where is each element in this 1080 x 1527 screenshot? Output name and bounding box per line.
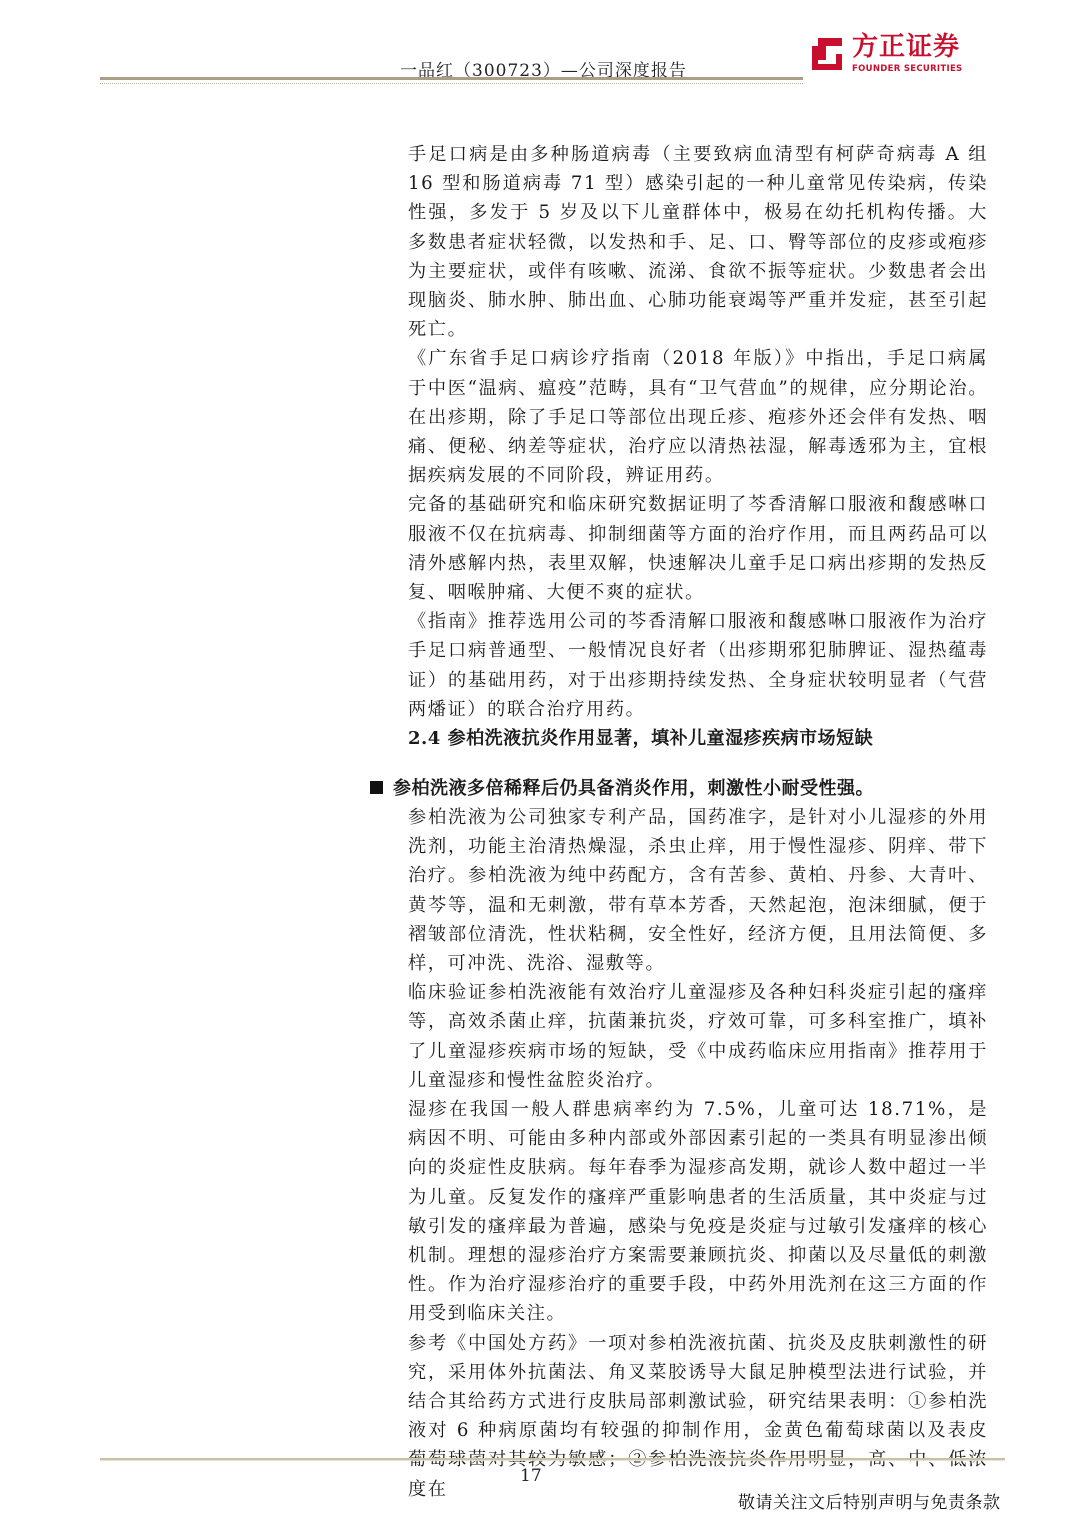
paragraph-eczema-prevalence: 湿疹在我国一般人群患病率约为 7.5%，儿童可达 18.71%，是病因不明、可能… <box>408 1095 988 1329</box>
paragraph-product-intro: 参柏洗液为公司独家专利产品，国药准字，是针对小儿湿疹的外用洗剂，功能主治清热燥湿… <box>408 803 988 978</box>
footer-divider <box>100 1458 1005 1460</box>
body-text-section: 参柏洗液为公司独家专利产品，国药准字，是针对小儿湿疹的外用洗剂，功能主治清热燥湿… <box>408 803 988 1504</box>
paragraph-guangdong-guideline: 《广东省手足口病诊疗指南（2018 年版）》中指出，手足口病属于中医“温病、瘟疫… <box>408 344 988 490</box>
bullet-heading: 参柏洗液多倍稀释后仍具备消炎作用，刺激性小耐受性强。 <box>370 774 874 800</box>
paragraph-research-evidence: 完备的基础研究和临床研究数据证明了芩香清解口服液和馥感啉口服液不仅在抗病毒、抑制… <box>408 490 988 607</box>
paragraph-guideline-recommendation: 《指南》推荐选用公司的芩香清解口服液和馥感啉口服液作为治疗手足口病普通型、一般情… <box>408 607 988 724</box>
square-bullet-icon <box>370 781 383 794</box>
founder-logo-icon <box>808 34 846 72</box>
header-dotted-divider <box>100 83 803 84</box>
section-heading-2-4: 2.4 参柏洗液抗炎作用显著，填补儿童湿疹疾病市场短缺 <box>408 724 873 750</box>
logo-english-name: FOUNDER SECURITIES <box>852 64 962 74</box>
logo-chinese-name: 方正证券 <box>852 32 960 62</box>
disclaimer-notice: 敬请关注文后特别声明与免责条款 <box>738 1488 1001 1513</box>
page-number: 17 <box>520 1466 542 1486</box>
bullet-heading-text: 参柏洗液多倍稀释后仍具备消炎作用，刺激性小耐受性强。 <box>393 774 874 800</box>
paragraph-clinical-validation: 临床验证参柏洗液能有效治疗儿童湿疹及各种妇科炎症引起的瘙痒等，高效杀菌止痒，抗菌… <box>408 978 988 1095</box>
paragraph-hfmd-intro: 手足口病是由多种肠道病毒（主要致病血清型有柯萨奇病毒 A 组 16 型和肠道病毒… <box>408 140 988 344</box>
body-text-top: 手足口病是由多种肠道病毒（主要致病血清型有柯萨奇病毒 A 组 16 型和肠道病毒… <box>408 140 988 724</box>
paragraph-study-results: 参考《中国处方药》一项对参柏洗液抗菌、抗炎及皮肤刺激性的研究，采用体外抗菌法、角… <box>408 1329 988 1504</box>
founder-securities-logo: 方正证券 FOUNDER SECURITIES <box>808 32 968 80</box>
header-divider <box>100 77 803 80</box>
